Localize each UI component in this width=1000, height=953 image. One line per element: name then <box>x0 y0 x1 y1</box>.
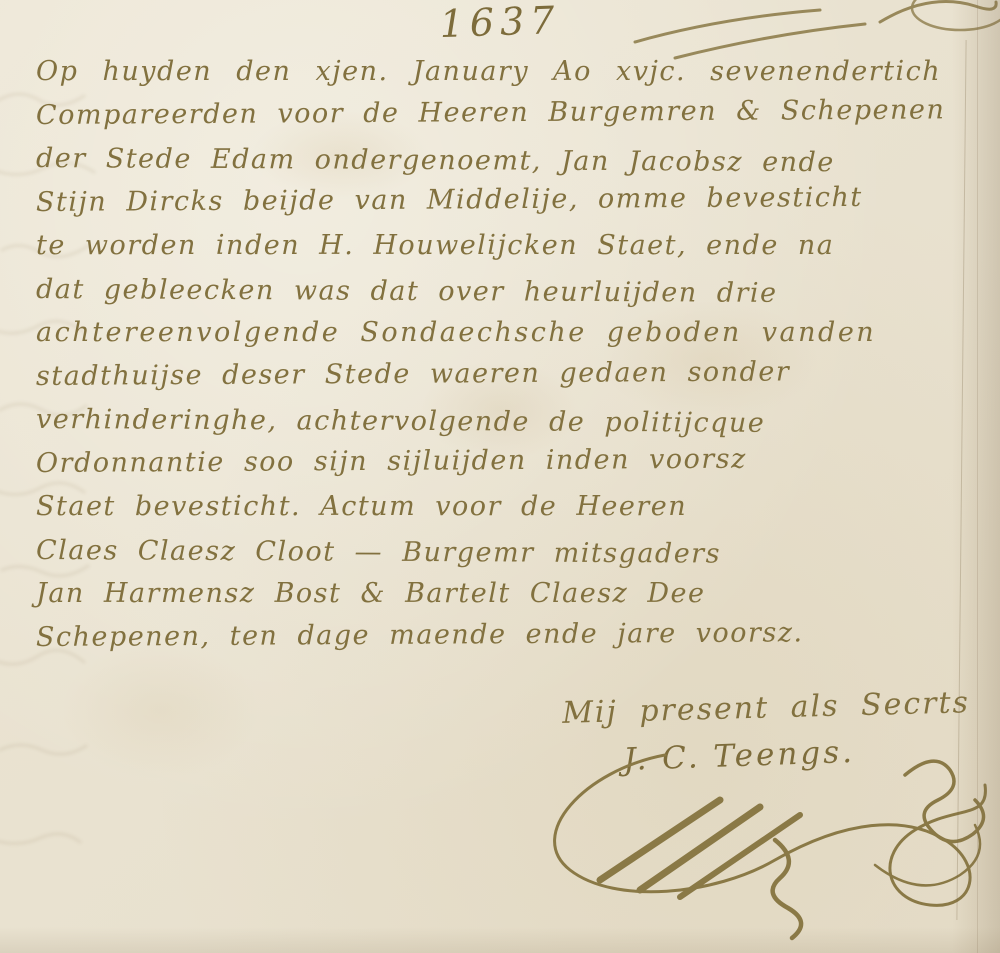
manuscript-page: 1637 Op huyden den xjen. January Ao xvjc… <box>0 0 1000 953</box>
manuscript-line: Compareerden voor de Heeren Burgemren & … <box>36 88 981 137</box>
manuscript-line: Op huyden den xjen. January Ao xvjc. sev… <box>36 50 981 94</box>
manuscript-line: Stijn Dircks beijde van Middelije, omme … <box>36 175 981 224</box>
closing-block: Mij present als Secrts J. C. Teengs. <box>450 692 970 775</box>
manuscript-line: achtereenvolgende Sondaechsche geboden v… <box>36 311 981 355</box>
bottom-shadow <box>0 927 1000 953</box>
secretary-present-line: Mij present als Secrts <box>450 685 971 734</box>
manuscript-line: dat gebleecken was dat over heurluijden … <box>36 268 981 316</box>
manuscript-line: Claes Claesz Cloot — Burgemr mitsgaders <box>36 529 981 577</box>
manuscript-text-block: Op huyden den xjen. January Ao xvjc. sev… <box>36 50 981 659</box>
secretary-signature: J. C. Teengs. <box>450 730 971 784</box>
manuscript-line: Jan Harmensz Bost & Bartelt Claesz Dee <box>36 572 981 616</box>
manuscript-line: Staet bevesticht. Actum voor de Heeren <box>36 485 981 529</box>
manuscript-line: Ordonnantie soo sijn sijluijden inden vo… <box>36 436 981 485</box>
year-heading: 1637 <box>399 0 600 47</box>
manuscript-line: stadthuijse deser Stede waeren gedaen so… <box>36 349 981 398</box>
manuscript-line: te worden inden H. Houwelijcken Staet, e… <box>36 224 981 268</box>
paper-stain <box>60 640 260 780</box>
manuscript-line: Schepenen, ten dage maende ende jare voo… <box>36 610 981 659</box>
